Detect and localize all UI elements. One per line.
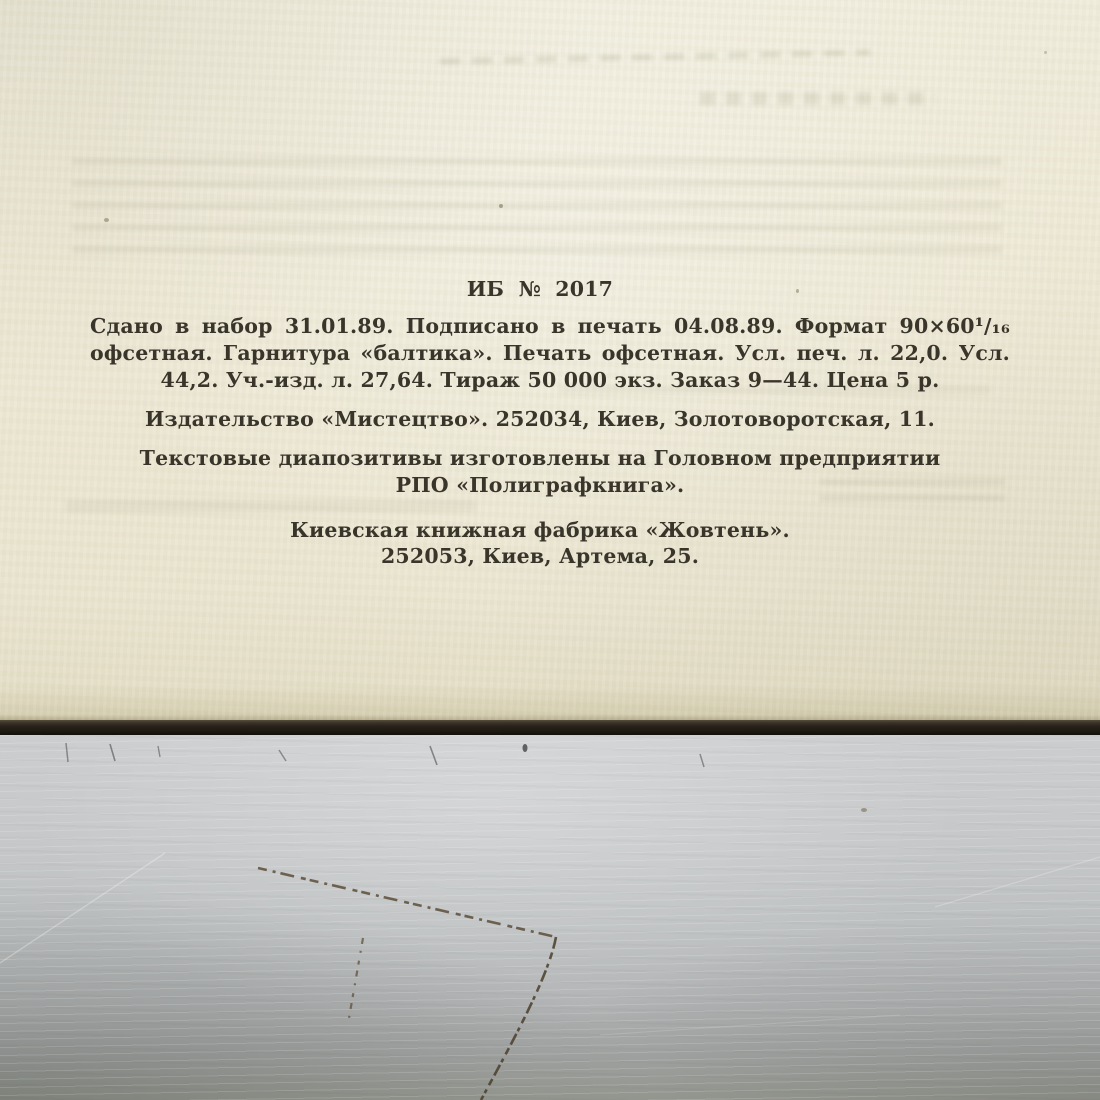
- colophon-imprint-paragraph: Сдано в набор 31.01.89. Подписано в печа…: [90, 313, 1010, 394]
- colophon-publisher-line: Издательство «Мистецтво». 252034, Киев, …: [0, 406, 1080, 433]
- colophon-printer-line-2: 252053, Киев, Артема, 25.: [0, 543, 1080, 570]
- colophon-prepress-line-2: РПО «Полиграфкнига».: [0, 472, 1080, 499]
- table-speck: [861, 808, 867, 812]
- book-colophon-photo: ИБ № 2017 Сдано в набор 31.01.89. Подпис…: [0, 0, 1100, 1100]
- imprint-line-1: Сдано в набор 31.01.89. Подписано в печа…: [90, 313, 1010, 340]
- paper-speck: [499, 204, 503, 208]
- scratch-mark: [700, 754, 704, 767]
- scratch-mark: [349, 938, 363, 1018]
- colophon-ib-number: ИБ № 2017: [0, 276, 1080, 303]
- scratch-mark: [258, 868, 556, 937]
- table-scratches: [0, 735, 1100, 1100]
- table-speck: [523, 744, 528, 752]
- table-surface: [0, 735, 1100, 1100]
- book-page: ИБ № 2017 Сдано в набор 31.01.89. Подпис…: [0, 0, 1100, 720]
- scratch-mark: [279, 750, 286, 761]
- paper-speck: [1044, 51, 1047, 54]
- scratch-mark: [0, 853, 165, 963]
- scratch-mark: [430, 746, 437, 765]
- scratch-mark: [66, 743, 68, 762]
- show-through-ghost-text: [66, 500, 476, 512]
- paper-speck: [104, 218, 109, 222]
- imprint-line-3: 44,2. Уч.-изд. л. 27,64. Тираж 50 000 эк…: [90, 367, 1010, 394]
- scratch-mark: [600, 1015, 900, 1035]
- scratch-mark: [110, 744, 115, 761]
- scratch-mark: [158, 746, 160, 757]
- scratch-mark: [935, 857, 1100, 907]
- imprint-line-2: офсетная. Гарнитура «балтика». Печать оф…: [90, 340, 1010, 367]
- show-through-ghost-text: [72, 158, 1002, 260]
- colophon-prepress-line-1: Текстовые диапозитивы изготовлены на Гол…: [0, 445, 1080, 472]
- show-through-ghost-text: [700, 92, 935, 105]
- scratch-mark: [481, 937, 556, 1100]
- colophon-printer-line-1: Киевская книжная фабрика «Жовтень».: [0, 517, 1080, 544]
- book-cover-edge: [0, 720, 1100, 735]
